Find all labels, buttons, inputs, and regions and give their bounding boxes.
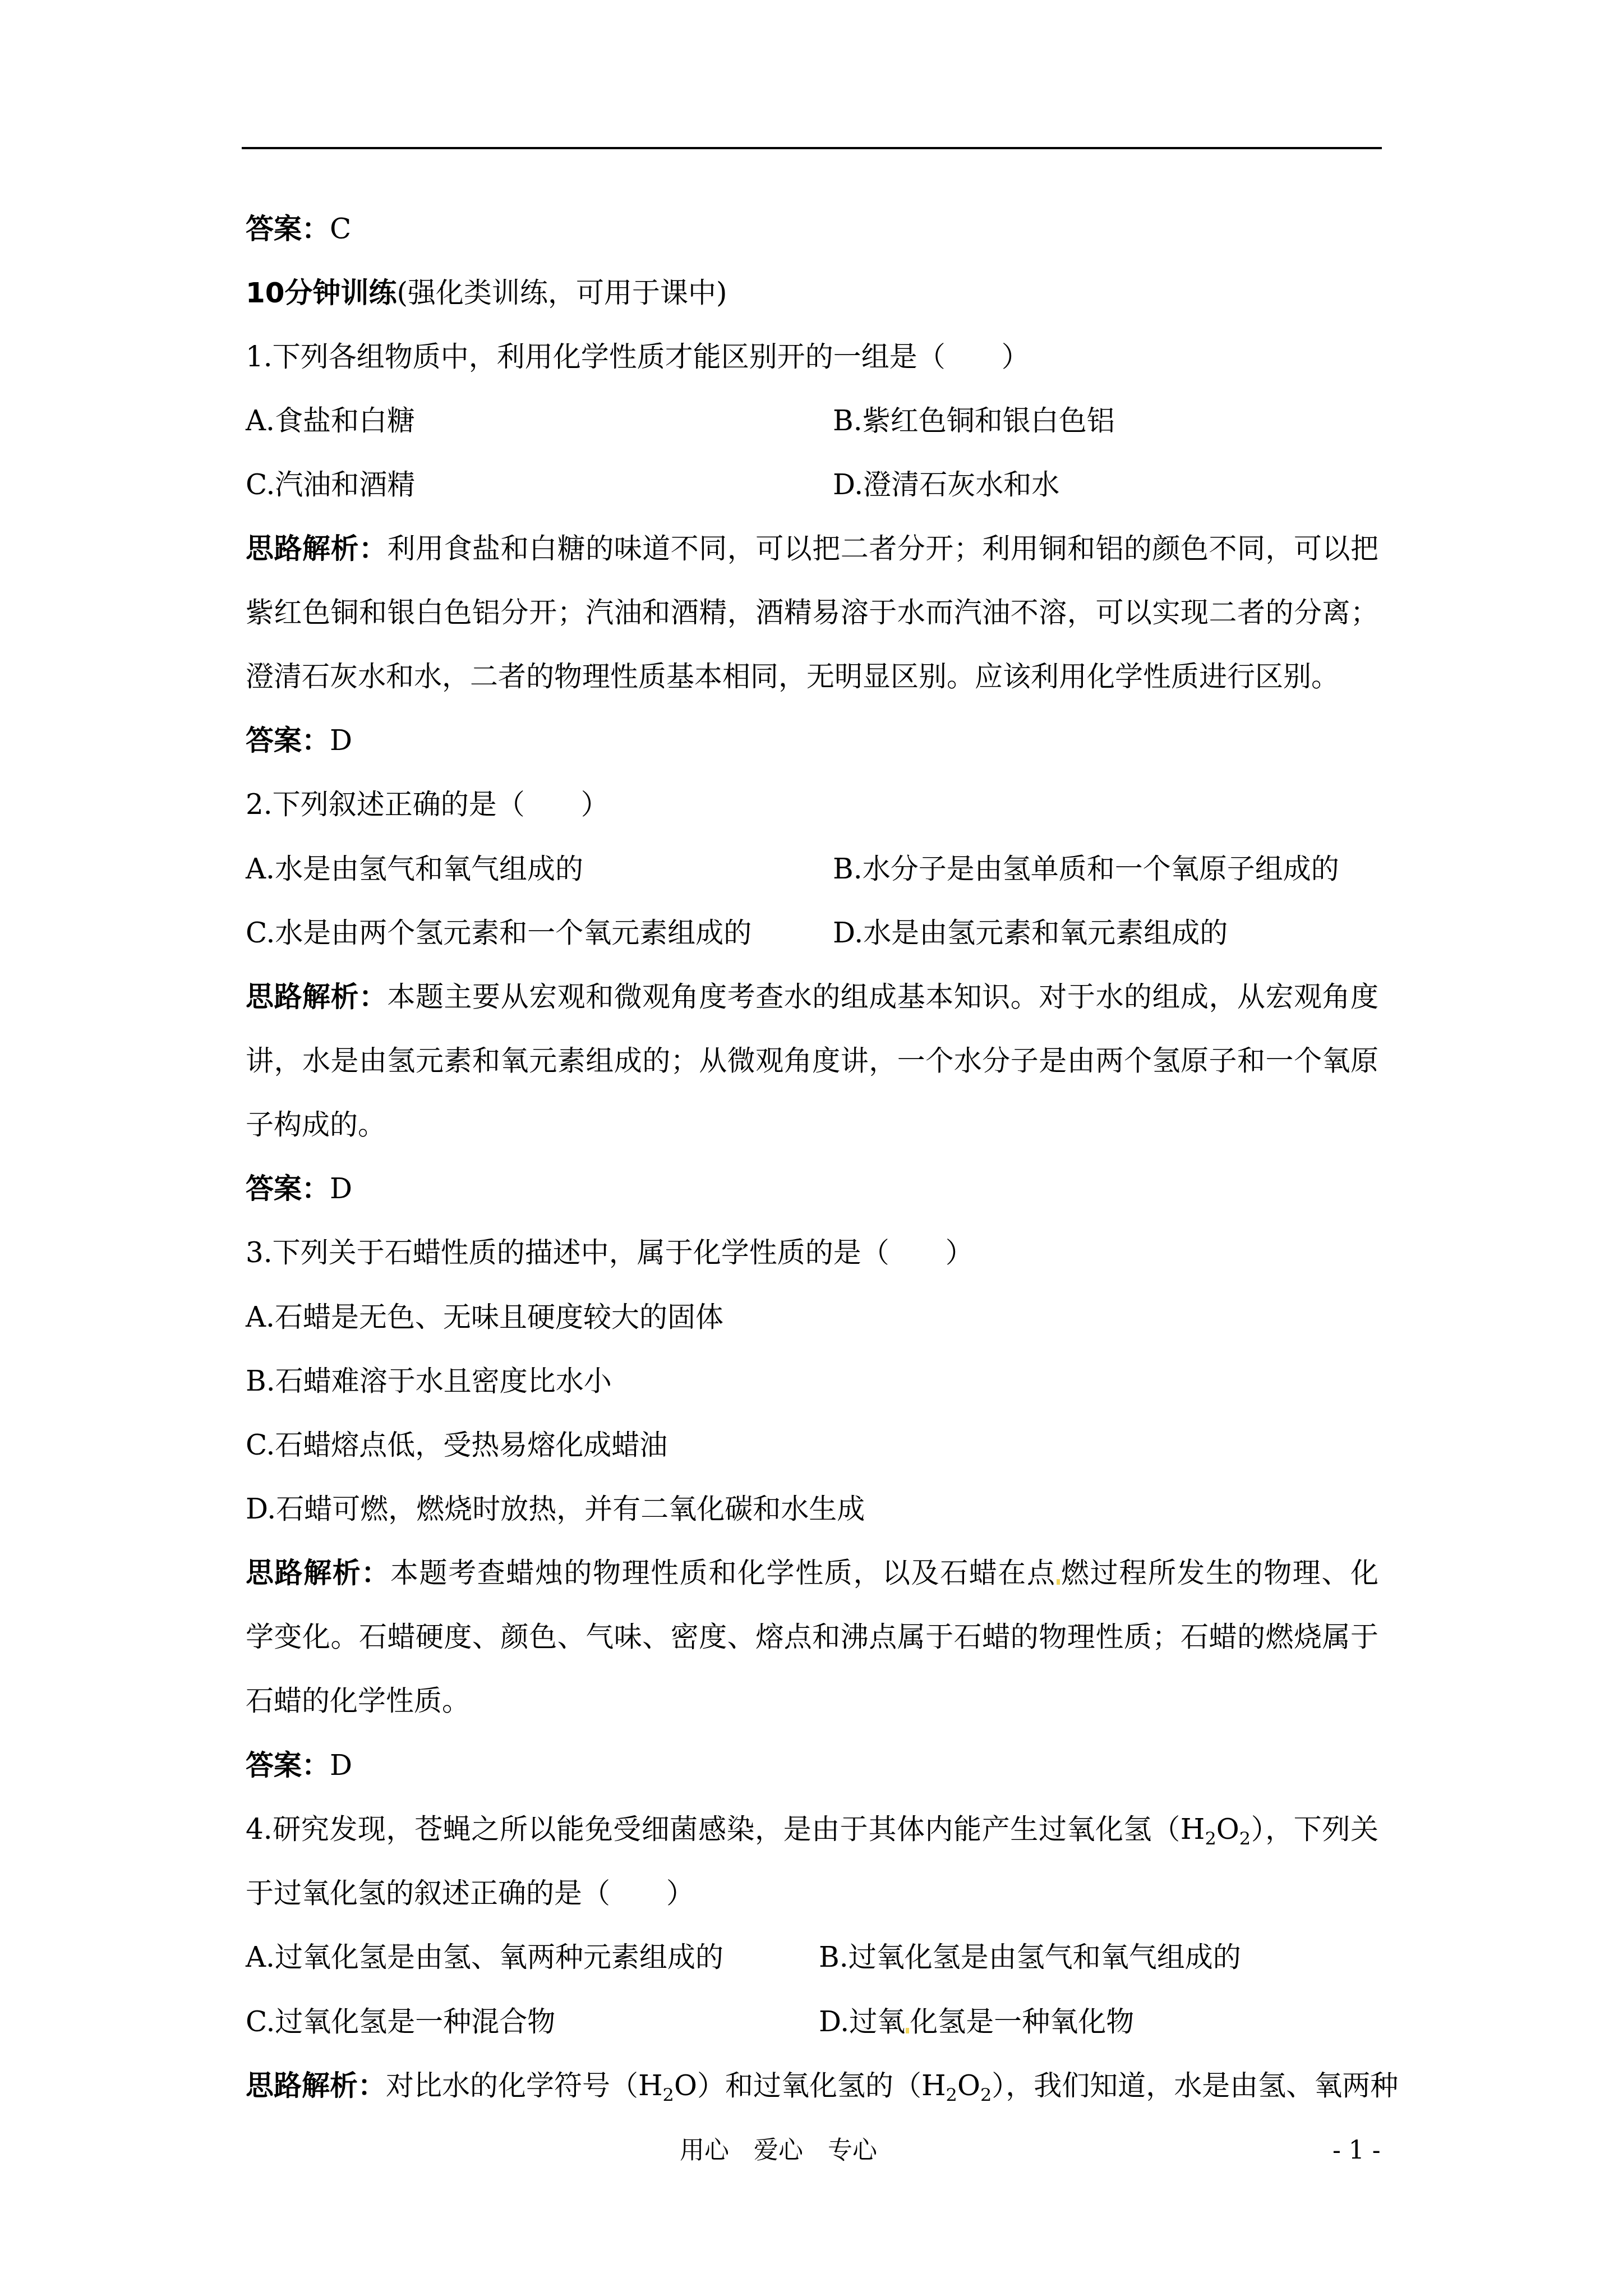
option-b: B.紫红色铜和银白色铝	[833, 404, 1115, 438]
formula-o: O	[1216, 1813, 1239, 1846]
option-d-text-post: 化氢是一种氧化物	[910, 2005, 1134, 2038]
question-2-answer: 答案：D	[246, 1172, 352, 1205]
question-2-options-row-1: A.水是由氢气和氧气组成的 B.水分子是由氢单质和一个氧原子组成的	[246, 852, 583, 886]
answer-value: D	[330, 1749, 352, 1782]
question-1-options-row-1: A.食盐和白糖 B.紫红色铜和银白色铝	[246, 404, 415, 438]
answer-label: 答案：	[246, 1749, 330, 1782]
previous-answer: 答案：C	[246, 212, 351, 246]
analysis-label: 思路解析：	[246, 532, 388, 565]
question-3-option-c: C.石蜡熔点低，受热易熔化成蜡油	[246, 1428, 667, 1462]
question-4-stem-line-2: 于过氧化氢的叙述正确的是（ ）	[246, 1876, 694, 1910]
stem-text-after: ），下列关	[1251, 1813, 1378, 1846]
option-b: B.水分子是由氢单质和一个氧原子组成的	[833, 852, 1339, 886]
question-1-analysis-line-3: 澄清石灰水和水，二者的物理性质基本相同，无明显区别。应该利用化学性质进行区别。	[246, 660, 1339, 693]
formula-sub: 2	[663, 2084, 674, 2105]
option-c: C.过氧化氢是一种混合物	[246, 2005, 555, 2038]
analysis-text-pre: 本题考查蜡烛的物理性质和化学性质，以及石蜡在点	[390, 1557, 1056, 1589]
question-2-analysis-line-1: 思路解析：本题主要从宏观和微观角度考查水的组成基本知识。对于水的组成，从宏观角度	[246, 980, 1378, 1014]
option-d: D.过氧化氢是一种氧化物	[819, 2005, 1134, 2039]
option-a: A.过氧化氢是由氢、氧两种元素组成的	[246, 1941, 723, 1973]
formula-sub: 2	[946, 2084, 957, 2105]
question-1-analysis-line-2: 紫红色铜和银白色铝分开；汽油和酒精，酒精易溶于水而汽油不溶，可以实现二者的分离；	[246, 596, 1378, 629]
question-3-analysis-line-2: 学变化。石蜡硬度、颜色、气味、密度、熔点和沸点属于石蜡的物理性质；石蜡的燃烧属于	[246, 1620, 1378, 1654]
section-heading: 10分钟训练(强化类训练，可用于课中)	[246, 276, 727, 310]
question-2-analysis-line-3: 子构成的。	[246, 1108, 386, 1142]
formula-sub-1: 2	[1205, 1828, 1216, 1849]
question-3-option-d: D.石蜡可燃，燃烧时放热，并有二氧化碳和水生成	[246, 1492, 865, 1526]
analysis-label: 思路解析：	[246, 2069, 386, 2102]
option-b: B.过氧化氢是由氢气和氧气组成的	[819, 1940, 1241, 1974]
section-heading-note: (强化类训练，可用于课中)	[397, 277, 727, 309]
question-2-options-row-2: C.水是由两个氢元素和一个氧元素组成的 D.水是由氢元素和氧元素组成的	[246, 916, 751, 950]
comment-marker-icon[interactable]	[1057, 1579, 1060, 1585]
answer-label: 答案：	[246, 213, 330, 245]
section-heading-bold: 10分钟训练	[246, 277, 397, 309]
option-d: D.水是由氢元素和氧元素组成的	[833, 916, 1228, 950]
option-d-text-pre: D.过氧	[819, 2005, 905, 2038]
question-3-analysis-line-1: 思路解析：本题考查蜡烛的物理性质和化学性质，以及石蜡在点燃过程所发生的物理、化	[246, 1556, 1378, 1590]
question-1-options-row-2: C.汽油和酒精 D.澄清石灰水和水	[246, 468, 415, 501]
answer-label: 答案：	[246, 1172, 330, 1205]
question-3-option-b: B.石蜡难溶于水且密度比水小	[246, 1364, 612, 1398]
question-4-options-row-1: A.过氧化氢是由氢、氧两种元素组成的 B.过氧化氢是由氢气和氧气组成的	[246, 1940, 723, 1974]
comment-marker-icon[interactable]	[906, 2028, 909, 2033]
answer-value: D	[330, 1172, 352, 1205]
question-2-analysis-line-2: 讲，水是由氢元素和氧元素组成的；从微观角度讲，一个水分子是由两个氢原子和一个氧原	[246, 1044, 1378, 1078]
question-3-option-a: A.石蜡是无色、无味且硬度较大的固体	[246, 1300, 723, 1334]
option-c: C.水是由两个氢元素和一个氧元素组成的	[246, 917, 751, 949]
analysis-text: 利用食盐和白糖的味道不同，可以把二者分开；利用铜和铝的颜色不同，可以把	[388, 532, 1378, 565]
formula-sub: 2	[980, 2084, 992, 2105]
question-1-answer: 答案：D	[246, 724, 352, 757]
header-rule	[242, 147, 1382, 149]
answer-value: C	[330, 213, 351, 245]
question-3-answer: 答案：D	[246, 1749, 352, 1782]
answer-value: D	[330, 724, 352, 757]
question-4-analysis-line-1: 思路解析：对比水的化学符号（H2O）和过氧化氢的（H2O2），我们知道，水是由氢…	[246, 2069, 1378, 2102]
question-2-stem: 2.下列叙述正确的是（ ）	[246, 788, 609, 821]
analysis-label: 思路解析：	[246, 981, 388, 1013]
answer-label: 答案：	[246, 724, 330, 757]
formula-sub-2: 2	[1239, 1828, 1251, 1849]
question-4-options-row-2: C.过氧化氢是一种混合物 D.过氧化氢是一种氧化物	[246, 2005, 555, 2039]
analysis-text: 本题主要从宏观和微观角度考查水的组成基本知识。对于水的组成，从宏观角度	[388, 981, 1378, 1013]
analysis-text: 对比水的化学符号（H	[386, 2069, 663, 2102]
question-1-stem: 1.下列各组物质中，利用化学性质才能区别开的一组是（ ）	[246, 340, 1030, 374]
analysis-text: ），我们知道，水是由氢、氧两种	[992, 2069, 1398, 2102]
question-4-stem-line-1: 4.研究发现，苍蝇之所以能免受细菌感染，是由于其体内能产生过氧化氢（H2O2），…	[246, 1812, 1378, 1846]
footer-page-number: - 1 -	[1332, 2135, 1381, 2166]
analysis-text: O	[957, 2069, 980, 2102]
analysis-label: 思路解析：	[246, 1557, 390, 1589]
stem-text: 4.研究发现，苍蝇之所以能免受细菌感染，是由于其体内能产生过氧化氢（	[246, 1813, 1181, 1846]
footer-motto: 用心 爱心 专心	[680, 2135, 877, 2166]
analysis-text-post: 燃过程所发生的物理、化	[1061, 1557, 1379, 1589]
question-3-stem: 3.下列关于石蜡性质的描述中，属于化学性质的是（ ）	[246, 1236, 974, 1269]
question-3-analysis-line-3: 石蜡的化学性质。	[246, 1684, 470, 1718]
analysis-text: O）和过氧化氢的（H	[674, 2069, 946, 2102]
option-a: A.食盐和白糖	[246, 404, 415, 437]
question-1-analysis-line-1: 思路解析：利用食盐和白糖的味道不同，可以把二者分开；利用铜和铝的颜色不同，可以把	[246, 532, 1378, 565]
option-a: A.水是由氢气和氧气组成的	[246, 853, 583, 885]
document-page: 答案：C 10分钟训练(强化类训练，可用于课中) 1.下列各组物质中，利用化学性…	[0, 0, 1623, 2296]
formula-h: H	[1181, 1813, 1205, 1846]
option-c: C.汽油和酒精	[246, 468, 415, 501]
option-d: D.澄清石灰水和水	[833, 468, 1059, 501]
